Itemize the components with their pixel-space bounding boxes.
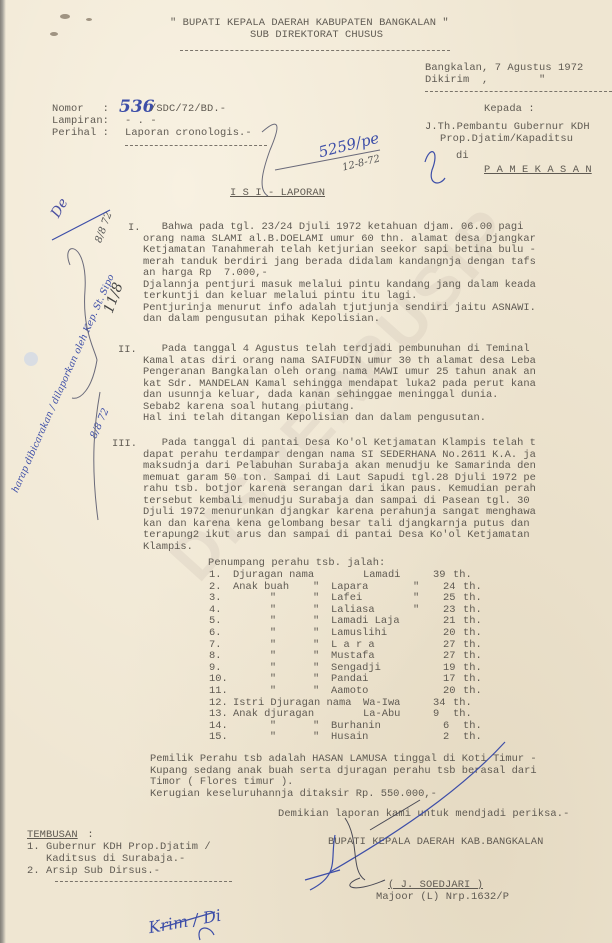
pen-strokes (0, 0, 612, 943)
